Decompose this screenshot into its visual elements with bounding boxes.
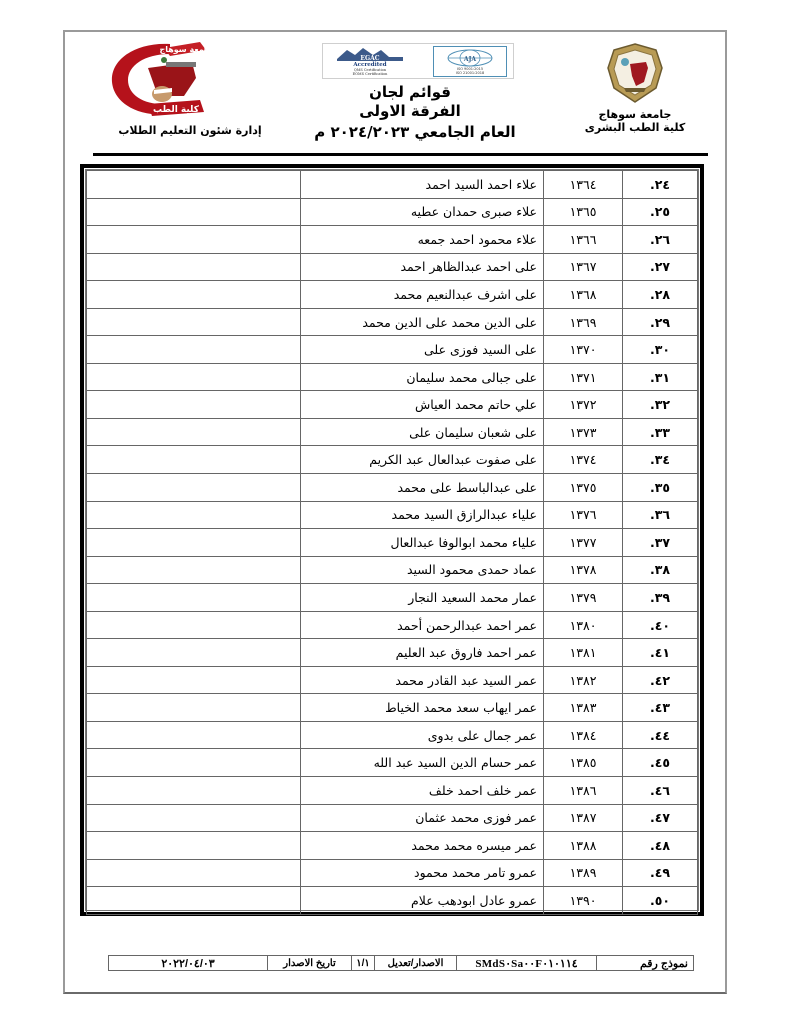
row-index: ٣٥. — [623, 474, 698, 502]
seat-number: ١٣٧٦ — [544, 501, 623, 529]
student-name: عمر السيد عبد القادر محمد — [301, 666, 544, 694]
row-index: ٤٦. — [623, 777, 698, 805]
form-number-label: نموذج رقم — [596, 956, 693, 970]
roster-table: ٢٤.١٣٦٤علاء احمد السيد احمد٢٥.١٣٦٥علاء ص… — [86, 170, 698, 915]
notes-cell — [87, 666, 301, 694]
seat-number: ١٣٩٠ — [544, 887, 623, 915]
student-name: عمر فوزى محمد عثمان — [301, 804, 544, 832]
row-index: ٤٢. — [623, 666, 698, 694]
student-name: علاء محمود احمد جمعه — [301, 226, 544, 254]
table-row: ٣٨.١٣٧٨عماد حمدى محمود السيد — [87, 556, 698, 584]
table-row: ٤٥.١٣٨٥عمر حسام الدين السيد عبد الله — [87, 749, 698, 777]
notes-cell — [87, 749, 301, 777]
notes-cell — [87, 556, 301, 584]
notes-cell — [87, 253, 301, 281]
svg-text:AJA: AJA — [463, 56, 476, 63]
seat-number: ١٣٦٧ — [544, 253, 623, 281]
roster-table-body: ٢٤.١٣٦٤علاء احمد السيد احمد٢٥.١٣٦٥علاء ص… — [87, 171, 698, 915]
student-name: علاء صبرى حمدان عطيه — [301, 198, 544, 226]
student-name: عمرو تامر محمد محمود — [301, 859, 544, 887]
row-index: ٢٤. — [623, 171, 698, 199]
notes-cell — [87, 171, 301, 199]
notes-cell — [87, 584, 301, 612]
student-name: عماد حمدى محمود السيد — [301, 556, 544, 584]
row-index: ٤١. — [623, 639, 698, 667]
table-row: ٣٤.١٣٧٤على صفوت عبدالعال عبد الكريم — [87, 446, 698, 474]
table-row: ٣٩.١٣٧٩عمار محمد السعيد النجار — [87, 584, 698, 612]
table-row: ٢٥.١٣٦٥علاء صبرى حمدان عطيه — [87, 198, 698, 226]
notes-cell — [87, 804, 301, 832]
table-row: ٣٢.١٣٧٢علي حاتم محمد العياش — [87, 391, 698, 419]
table-row: ٤٧.١٣٨٧عمر فوزى محمد عثمان — [87, 804, 698, 832]
notes-cell — [87, 639, 301, 667]
issue-date-label: تاريخ الاصدار — [267, 956, 351, 970]
aja-globe-icon: AJA ISO 9001:2015 ISO 21001:2018 — [434, 47, 506, 76]
roster-table-frame: ٢٤.١٣٦٤علاء احمد السيد احمد٢٥.١٣٦٥علاء ص… — [80, 164, 704, 916]
row-index: ٢٨. — [623, 281, 698, 309]
student-name: علي حاتم محمد العياش — [301, 391, 544, 419]
table-row: ٣٦.١٣٧٦علياء عبدالرازق السيد محمد — [87, 501, 698, 529]
row-index: ٣٧. — [623, 529, 698, 557]
form-number-value: SMdS٠Sa٠٠F٠١٠١١٤ — [456, 956, 596, 970]
seat-number: ١٣٧٧ — [544, 529, 623, 557]
student-name: على الدين محمد على الدين محمد — [301, 308, 544, 336]
table-row: ٤٨.١٣٨٨عمر ميسره محمد محمد — [87, 832, 698, 860]
notes-cell — [87, 501, 301, 529]
student-name: عمر جمال على بدوى — [301, 721, 544, 749]
row-index: ٤٩. — [623, 859, 698, 887]
student-name: علاء احمد السيد احمد — [301, 171, 544, 199]
faculty-logo: جامعة سوهاج كلية الطب — [100, 38, 218, 120]
row-index: ٤٧. — [623, 804, 698, 832]
seat-number: ١٣٦٦ — [544, 226, 623, 254]
student-name: على السيد فوزى على — [301, 336, 544, 364]
notes-cell — [87, 474, 301, 502]
table-row: ٢٩.١٣٦٩على الدين محمد على الدين محمد — [87, 308, 698, 336]
table-row: ٢٤.١٣٦٤علاء احمد السيد احمد — [87, 171, 698, 199]
notes-cell — [87, 336, 301, 364]
notes-cell — [87, 611, 301, 639]
notes-cell — [87, 777, 301, 805]
row-index: ٣٠. — [623, 336, 698, 364]
academic-year: العام الجامعي ٢٠٢٤/٢٠٢٣ م — [300, 123, 530, 141]
aja-iso-badge: AJA ISO 9001:2015 ISO 21001:2018 — [433, 46, 507, 77]
notes-cell — [87, 418, 301, 446]
notes-cell — [87, 859, 301, 887]
table-row: ٤٢.١٣٨٢عمر السيد عبد القادر محمد — [87, 666, 698, 694]
notes-cell — [87, 446, 301, 474]
table-row: ٣٠.١٣٧٠على السيد فوزى على — [87, 336, 698, 364]
notes-cell — [87, 391, 301, 419]
row-index: ٤٣. — [623, 694, 698, 722]
row-index: ٤٠. — [623, 611, 698, 639]
row-index: ٣٩. — [623, 584, 698, 612]
faculty-name: كلية الطب البشرى — [580, 121, 690, 134]
seat-number: ١٣٧٥ — [544, 474, 623, 502]
notes-cell — [87, 721, 301, 749]
student-name: عمار محمد السعيد النجار — [301, 584, 544, 612]
seat-number: ١٣٨٠ — [544, 611, 623, 639]
seat-number: ١٣٦٨ — [544, 281, 623, 309]
table-row: ٤١.١٣٨١عمر احمد فاروق عبد العليم — [87, 639, 698, 667]
notes-cell — [87, 529, 301, 557]
document-title: قوائم لجان — [340, 83, 480, 101]
seat-number: ١٣٨٢ — [544, 666, 623, 694]
university-crest — [604, 42, 666, 104]
student-name: على جبالى محمد سليمان — [301, 363, 544, 391]
faculty-logo-icon: جامعة سوهاج كلية الطب — [100, 38, 218, 120]
department-caption: إدارة شئون التعليم الطلاب — [110, 124, 270, 137]
seat-number: ١٣٧٣ — [544, 418, 623, 446]
student-name: عمر ميسره محمد محمد — [301, 832, 544, 860]
seat-number: ١٣٨٣ — [544, 694, 623, 722]
notes-cell — [87, 198, 301, 226]
seat-number: ١٣٨٨ — [544, 832, 623, 860]
seat-number: ١٣٧٩ — [544, 584, 623, 612]
student-name: عمر خلف احمد خلف — [301, 777, 544, 805]
seat-number: ١٣٨٥ — [544, 749, 623, 777]
row-index: ٤٥. — [623, 749, 698, 777]
student-name: علياء محمد ابوالوفا عبدالعال — [301, 529, 544, 557]
svg-text:كلية الطب: كلية الطب — [153, 105, 200, 115]
seat-number: ١٣٦٩ — [544, 308, 623, 336]
row-index: ٤٤. — [623, 721, 698, 749]
student-name: عمرو عادل ابودهب علام — [301, 887, 544, 915]
table-row: ٣٥.١٣٧٥على عبدالباسط على محمد — [87, 474, 698, 502]
roster-table-inner: ٢٤.١٣٦٤علاء احمد السيد احمد٢٥.١٣٦٥علاء ص… — [85, 169, 699, 911]
university-crest-icon — [604, 42, 666, 104]
student-name: عمر احمد عبدالرحمن أحمد — [301, 611, 544, 639]
row-index: ٥٠. — [623, 887, 698, 915]
row-index: ٣٦. — [623, 501, 698, 529]
row-index: ٢٩. — [623, 308, 698, 336]
certification-badges: EGAC Accredited QMS Certification EOMS C… — [322, 43, 514, 79]
row-index: ٣٨. — [623, 556, 698, 584]
notes-cell — [87, 308, 301, 336]
student-name: على عبدالباسط على محمد — [301, 474, 544, 502]
seat-number: ١٣٨٦ — [544, 777, 623, 805]
row-index: ٣١. — [623, 363, 698, 391]
table-row: ٣٣.١٣٧٣على شعبان سليمان على — [87, 418, 698, 446]
seat-number: ١٣٨٧ — [544, 804, 623, 832]
seat-number: ١٣٨١ — [544, 639, 623, 667]
table-row: ٤٦.١٣٨٦عمر خلف احمد خلف — [87, 777, 698, 805]
seat-number: ١٣٧٨ — [544, 556, 623, 584]
svg-text:EGAC: EGAC — [360, 55, 379, 62]
student-name: عمر حسام الدين السيد عبد الله — [301, 749, 544, 777]
edition-label: الاصدار/تعديل — [374, 956, 456, 970]
student-name: على احمد عبدالظاهر احمد — [301, 253, 544, 281]
notes-cell — [87, 363, 301, 391]
seat-number: ١٣٨٤ — [544, 721, 623, 749]
row-index: ٢٦. — [623, 226, 698, 254]
table-row: ٢٧.١٣٦٧على احمد عبدالظاهر احمد — [87, 253, 698, 281]
table-row: ٥٠.١٣٩٠عمرو عادل ابودهب علام — [87, 887, 698, 915]
student-name: على شعبان سليمان على — [301, 418, 544, 446]
row-index: ٤٨. — [623, 832, 698, 860]
seat-number: ١٣٧١ — [544, 363, 623, 391]
notes-cell — [87, 887, 301, 915]
row-index: ٣٣. — [623, 418, 698, 446]
document-subtitle-year-level: الفرقة الاولى — [340, 102, 480, 120]
notes-cell — [87, 281, 301, 309]
seat-number: ١٣٦٥ — [544, 198, 623, 226]
row-index: ٣٤. — [623, 446, 698, 474]
issue-date-value: ٢٠٢٢/٠٤/٠٣ — [109, 956, 267, 970]
table-row: ٢٦.١٣٦٦علاء محمود احمد جمعه — [87, 226, 698, 254]
university-name: جامعة سوهاج — [590, 108, 680, 121]
table-row: ٤٤.١٣٨٤عمر جمال على بدوى — [87, 721, 698, 749]
table-row: ٣١.١٣٧١على جبالى محمد سليمان — [87, 363, 698, 391]
seat-number: ١٣٧٠ — [544, 336, 623, 364]
student-name: عمر احمد فاروق عبد العليم — [301, 639, 544, 667]
student-name: علياء عبدالرازق السيد محمد — [301, 501, 544, 529]
student-name: على صفوت عبدالعال عبد الكريم — [301, 446, 544, 474]
row-index: ٢٥. — [623, 198, 698, 226]
notes-cell — [87, 832, 301, 860]
table-row: ٤٩.١٣٨٩عمرو تامر محمد محمود — [87, 859, 698, 887]
table-row: ٣٧.١٣٧٧علياء محمد ابوالوفا عبدالعال — [87, 529, 698, 557]
svg-text:جامعة سوهاج: جامعة سوهاج — [159, 45, 212, 54]
table-row: ٤٣.١٣٨٣عمر ايهاب سعد محمد الخياط — [87, 694, 698, 722]
seat-number: ١٣٧٤ — [544, 446, 623, 474]
student-name: عمر ايهاب سعد محمد الخياط — [301, 694, 544, 722]
table-row: ٤٠.١٣٨٠عمر احمد عبدالرحمن أحمد — [87, 611, 698, 639]
seat-number: ١٣٧٢ — [544, 391, 623, 419]
notes-cell — [87, 694, 301, 722]
notes-cell — [87, 226, 301, 254]
header-divider — [93, 153, 708, 156]
svg-text:EOMS Certification: EOMS Certification — [353, 72, 388, 76]
form-info-footer: نموذج رقم SMdS٠Sa٠٠F٠١٠١١٤ الاصدار/تعديل… — [108, 955, 694, 971]
student-name: على اشرف عبدالنعيم محمد — [301, 281, 544, 309]
seat-number: ١٣٦٤ — [544, 171, 623, 199]
row-index: ٣٢. — [623, 391, 698, 419]
row-index: ٢٧. — [623, 253, 698, 281]
egac-accredited-icon: EGAC Accredited QMS Certification EOMS C… — [325, 45, 417, 78]
svg-text:ISO 21001:2018: ISO 21001:2018 — [456, 71, 484, 75]
table-row: ٢٨.١٣٦٨على اشرف عبدالنعيم محمد — [87, 281, 698, 309]
edition-value: ١/١ — [351, 956, 374, 970]
seat-number: ١٣٨٩ — [544, 859, 623, 887]
